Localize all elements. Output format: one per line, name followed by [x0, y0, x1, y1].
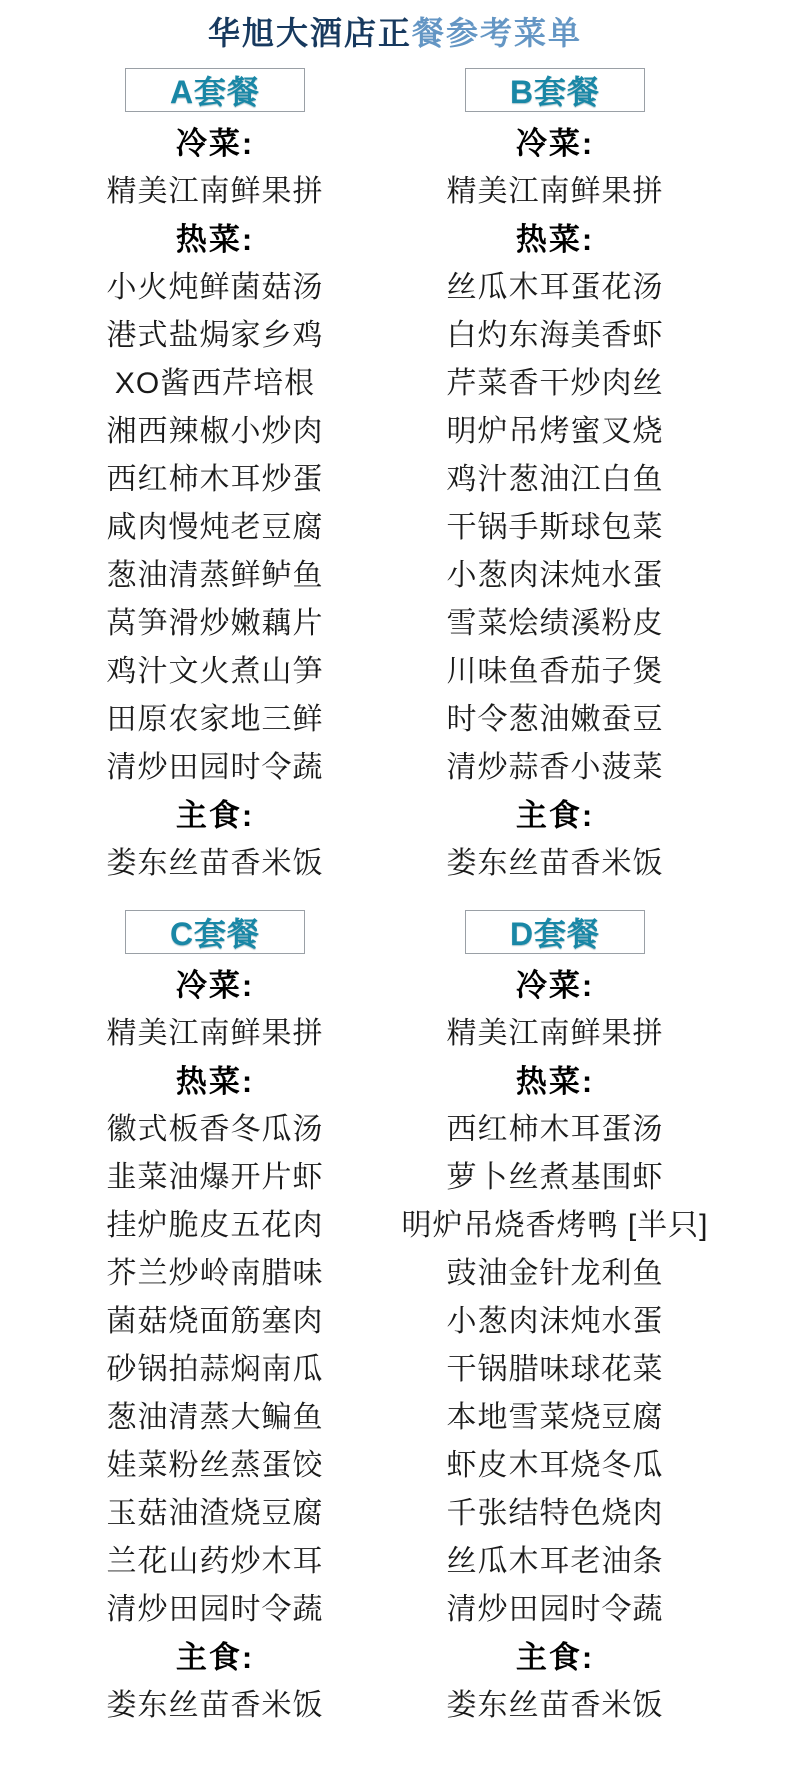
dish-item: 小葱肉沫炖水蛋 — [395, 552, 715, 600]
staple-label: 主食: — [395, 1634, 715, 1682]
dish-item: 雪菜烩绩溪粉皮 — [395, 600, 715, 648]
menu-set: B套餐 冷菜:精美江南鲜果拼热菜:丝瓜木耳蛋花汤白灼东海美香虾芹菜香干炒肉丝明炉… — [395, 68, 715, 888]
title-part-menu-name: 餐参考菜单 — [412, 15, 582, 51]
dish-item: 明炉吊烤蜜叉烧 — [395, 408, 715, 456]
dish-item: 干锅手斯球包菜 — [395, 504, 715, 552]
dish-item: 萝卜丝煮基围虾 — [395, 1154, 715, 1202]
dish-item: 千张结特色烧肉 — [395, 1490, 715, 1538]
dish-item: 鸡汁文火煮山笋 — [55, 648, 375, 696]
dish-item: 娄东丝苗香米饭 — [395, 1682, 715, 1730]
dish-item: 娄东丝苗香米饭 — [395, 840, 715, 888]
set-header-label: D套餐 — [510, 909, 600, 955]
dish-item: 娄东丝苗香米饭 — [55, 1682, 375, 1730]
set-lines: 冷菜:精美江南鲜果拼热菜:西红柿木耳蛋汤萝卜丝煮基围虾明炉吊烧香烤鸭 [半只]豉… — [395, 962, 715, 1730]
dish-item: XO酱西芹培根 — [55, 360, 375, 408]
dish-item: 芥兰炒岭南腊味 — [55, 1250, 375, 1298]
dish-item: 徽式板香冬瓜汤 — [55, 1106, 375, 1154]
dish-item: 西红柿木耳炒蛋 — [55, 456, 375, 504]
dish-item: 精美江南鲜果拼 — [55, 1010, 375, 1058]
dish-item: 芹菜香干炒肉丝 — [395, 360, 715, 408]
set-lines: 冷菜:精美江南鲜果拼热菜:小火炖鲜菌菇汤港式盐焗家乡鸡XO酱西芹培根湘西辣椒小炒… — [55, 120, 375, 888]
dish-item: 明炉吊烧香烤鸭 [半只] — [395, 1202, 715, 1250]
cold-dishes-label: 冷菜: — [55, 962, 375, 1010]
dish-item: 湘西辣椒小炒肉 — [55, 408, 375, 456]
dish-item: 豉油金针龙利鱼 — [395, 1250, 715, 1298]
hot-dishes-label: 热菜: — [55, 216, 375, 264]
title-part-hotel-name: 华旭大酒店正 — [208, 15, 412, 51]
dish-item: 玉菇油渣烧豆腐 — [55, 1490, 375, 1538]
dish-item: 鸡汁葱油江白鱼 — [395, 456, 715, 504]
dish-item: 咸肉慢炖老豆腐 — [55, 504, 375, 552]
dish-item: 韭菜油爆开片虾 — [55, 1154, 375, 1202]
set-header-box: D套餐 — [465, 910, 645, 954]
set-header-box: A套餐 — [125, 68, 305, 112]
hot-dishes-label: 热菜: — [395, 216, 715, 264]
cold-dishes-label: 冷菜: — [395, 962, 715, 1010]
dish-item: 兰花山药炒木耳 — [55, 1538, 375, 1586]
page-title: 华旭大酒店正餐参考菜单 — [0, 0, 790, 52]
dish-item: 挂炉脆皮五花肉 — [55, 1202, 375, 1250]
staple-label: 主食: — [55, 1634, 375, 1682]
dish-item: 虾皮木耳烧冬瓜 — [395, 1442, 715, 1490]
dish-item: 精美江南鲜果拼 — [55, 168, 375, 216]
set-header-label: B套餐 — [510, 67, 600, 113]
dish-item: 西红柿木耳蛋汤 — [395, 1106, 715, 1154]
dish-item: 田原农家地三鲜 — [55, 696, 375, 744]
hot-dishes-label: 热菜: — [395, 1058, 715, 1106]
dish-item: 葱油清蒸鲜鲈鱼 — [55, 552, 375, 600]
dish-item: 葱油清蒸大鳊鱼 — [55, 1394, 375, 1442]
dish-item: 白灼东海美香虾 — [395, 312, 715, 360]
dish-item: 清炒田园时令蔬 — [55, 744, 375, 792]
menu-set: C套餐 冷菜:精美江南鲜果拼热菜:徽式板香冬瓜汤韭菜油爆开片虾挂炉脆皮五花肉芥兰… — [55, 910, 375, 1730]
menu-grid: A套餐 冷菜:精美江南鲜果拼热菜:小火炖鲜菌菇汤港式盐焗家乡鸡XO酱西芹培根湘西… — [55, 68, 715, 1730]
dish-item: 砂锅拍蒜焖南瓜 — [55, 1346, 375, 1394]
dish-item: 精美江南鲜果拼 — [395, 168, 715, 216]
dish-item: 娃菜粉丝蒸蛋饺 — [55, 1442, 375, 1490]
set-header-box: B套餐 — [465, 68, 645, 112]
set-lines: 冷菜:精美江南鲜果拼热菜:丝瓜木耳蛋花汤白灼东海美香虾芹菜香干炒肉丝明炉吊烤蜜叉… — [395, 120, 715, 888]
dish-item: 清炒田园时令蔬 — [55, 1586, 375, 1634]
menu-set: D套餐 冷菜:精美江南鲜果拼热菜:西红柿木耳蛋汤萝卜丝煮基围虾明炉吊烧香烤鸭 [… — [395, 910, 715, 1730]
dish-item: 小火炖鲜菌菇汤 — [55, 264, 375, 312]
dish-item: 丝瓜木耳蛋花汤 — [395, 264, 715, 312]
dish-item: 港式盐焗家乡鸡 — [55, 312, 375, 360]
dish-item: 娄东丝苗香米饭 — [55, 840, 375, 888]
set-header-box: C套餐 — [125, 910, 305, 954]
dish-item: 菌菇烧面筋塞肉 — [55, 1298, 375, 1346]
dish-item: 时令葱油嫩蚕豆 — [395, 696, 715, 744]
hot-dishes-label: 热菜: — [55, 1058, 375, 1106]
dish-item: 川味鱼香茄子煲 — [395, 648, 715, 696]
dish-item: 清炒蒜香小菠菜 — [395, 744, 715, 792]
set-lines: 冷菜:精美江南鲜果拼热菜:徽式板香冬瓜汤韭菜油爆开片虾挂炉脆皮五花肉芥兰炒岭南腊… — [55, 962, 375, 1730]
staple-label: 主食: — [395, 792, 715, 840]
dish-item: 本地雪菜烧豆腐 — [395, 1394, 715, 1442]
set-header-label: A套餐 — [170, 67, 260, 113]
dish-item: 精美江南鲜果拼 — [395, 1010, 715, 1058]
dish-item: 莴笋滑炒嫩藕片 — [55, 600, 375, 648]
cold-dishes-label: 冷菜: — [395, 120, 715, 168]
dish-item: 小葱肉沫炖水蛋 — [395, 1298, 715, 1346]
cold-dishes-label: 冷菜: — [55, 120, 375, 168]
dish-item: 干锅腊味球花菜 — [395, 1346, 715, 1394]
dish-item: 清炒田园时令蔬 — [395, 1586, 715, 1634]
dish-item: 丝瓜木耳老油条 — [395, 1538, 715, 1586]
staple-label: 主食: — [55, 792, 375, 840]
set-header-label: C套餐 — [170, 909, 260, 955]
menu-set: A套餐 冷菜:精美江南鲜果拼热菜:小火炖鲜菌菇汤港式盐焗家乡鸡XO酱西芹培根湘西… — [55, 68, 375, 888]
